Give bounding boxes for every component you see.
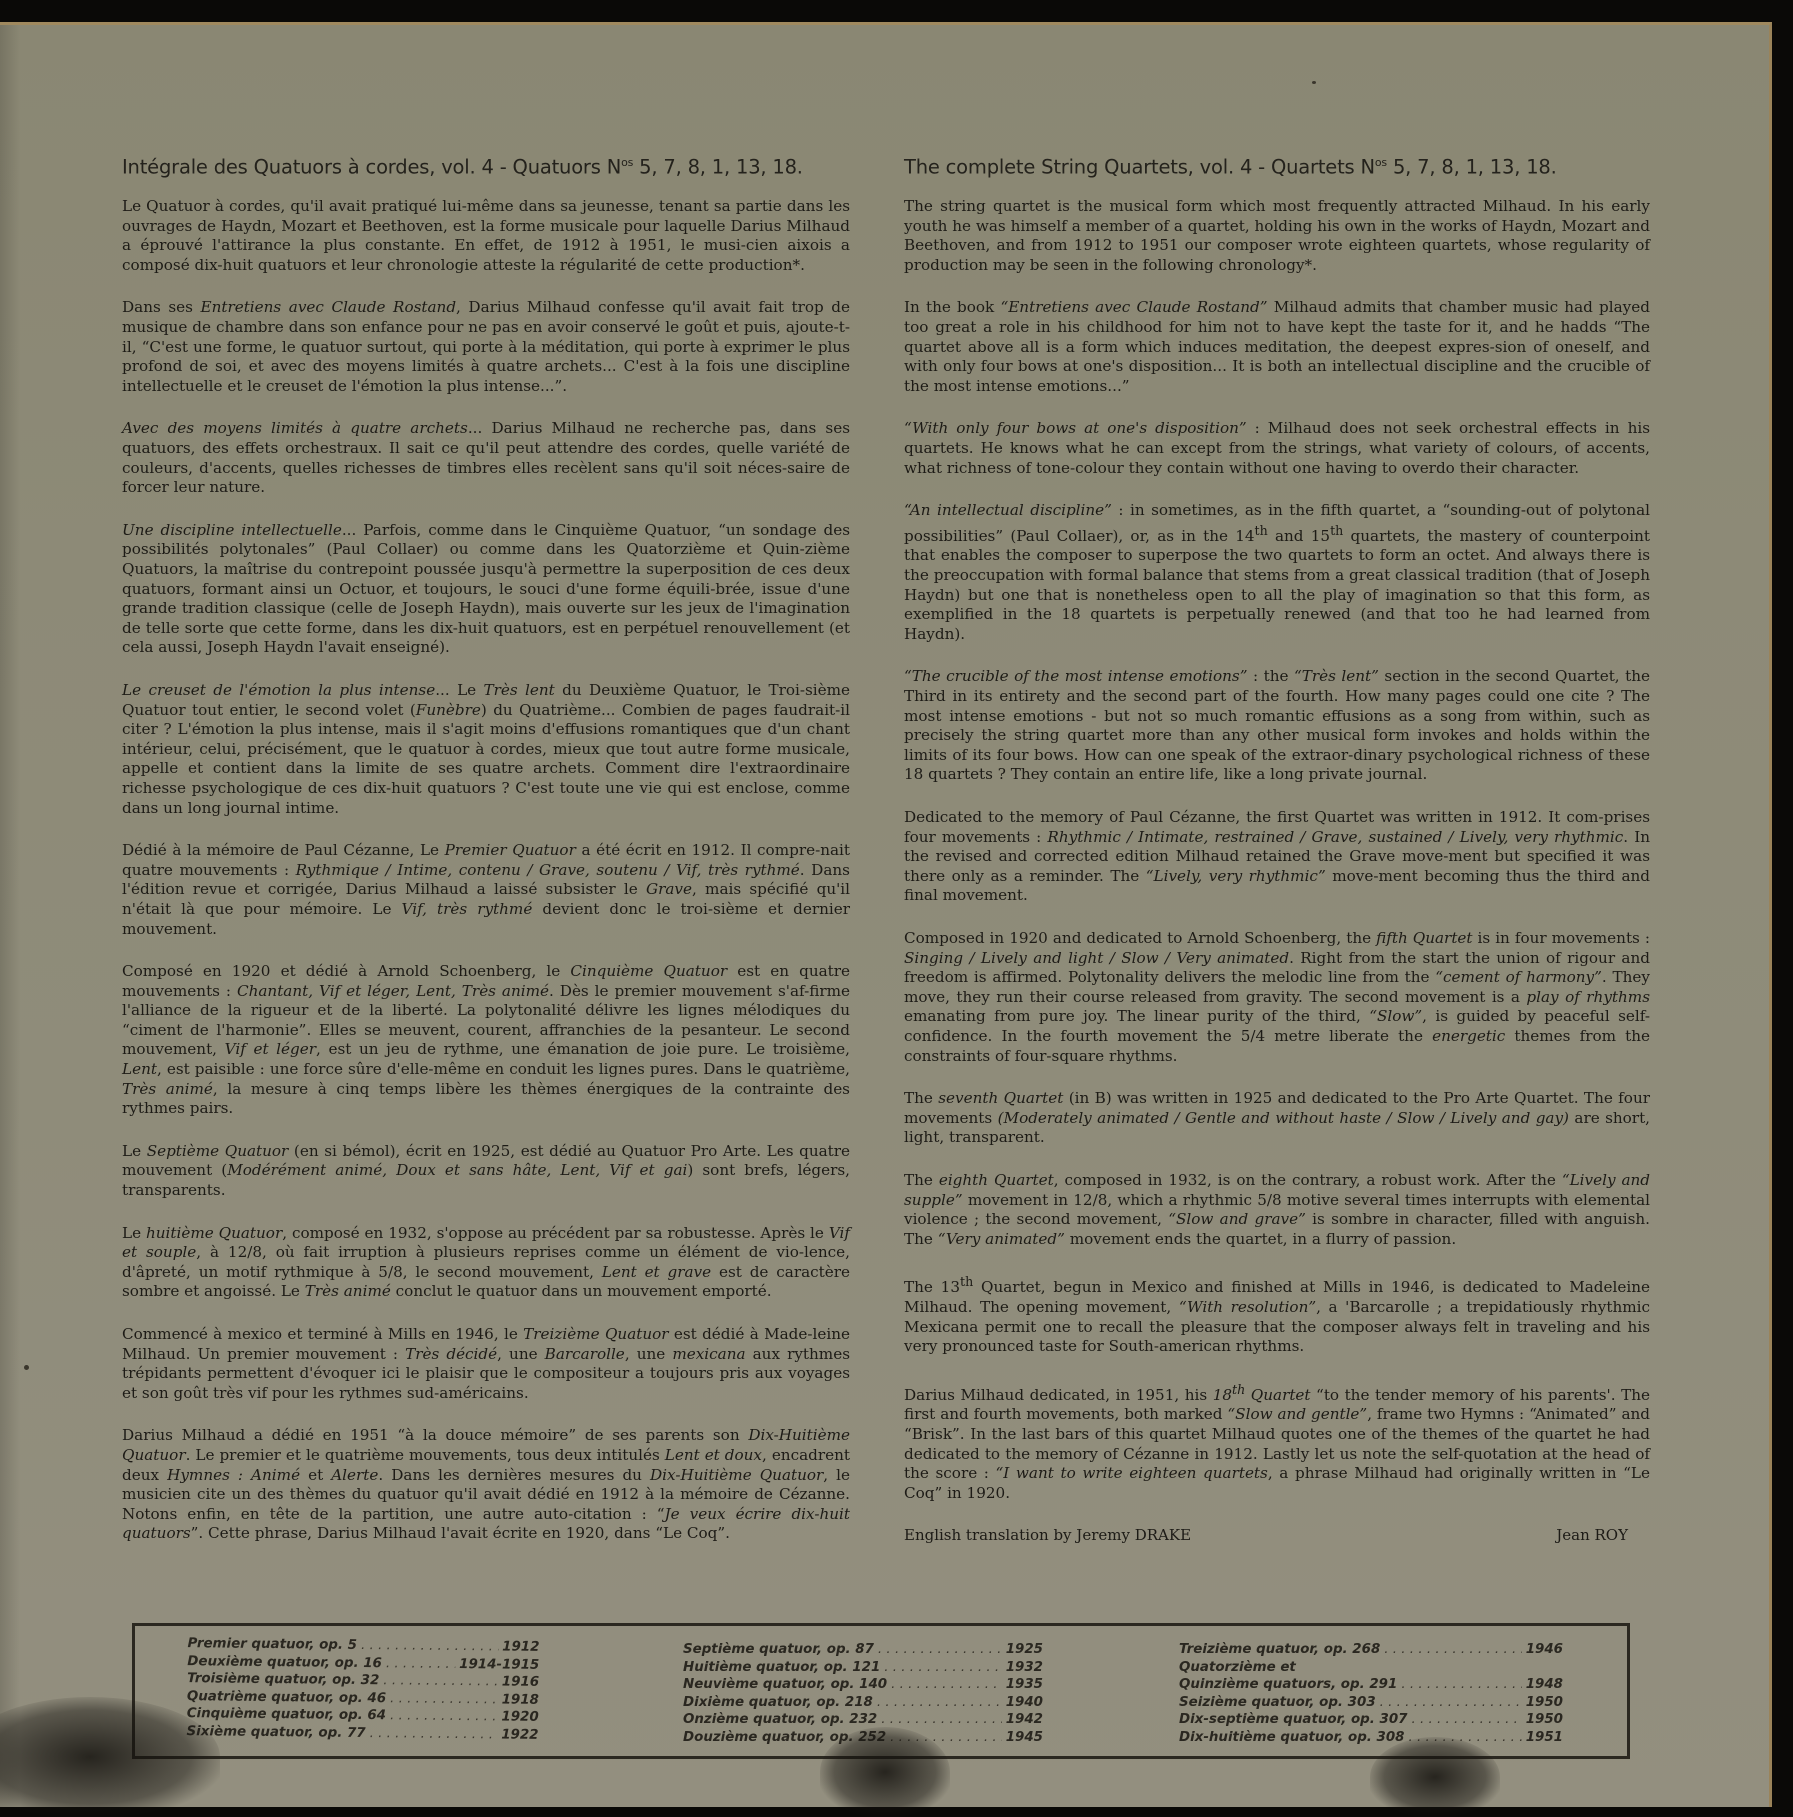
- fr-paragraph: Une discipline intellectuelle... Parfois…: [122, 521, 850, 658]
- chronology-column-3: Treizième quatuor, op. 2681946Quatorzièm…: [1179, 1642, 1563, 1748]
- english-heading: The complete String Quartets, vol. 4 - Q…: [904, 153, 1650, 177]
- chronology-row: Neuvième quatuor, op. 1401935: [683, 1677, 1043, 1695]
- finger-shadow: [1370, 1737, 1500, 1817]
- quartet-year: 1950: [1526, 1712, 1563, 1727]
- chronology-row: Dixième quatuor, op. 2181940: [683, 1695, 1043, 1713]
- quartet-title: Quinzième quatuors, op. 291: [1179, 1677, 1397, 1692]
- quartet-year: 1918: [502, 1692, 539, 1707]
- quartet-year: 1920: [501, 1710, 538, 1725]
- english-heading-numbers: 5, 7, 8, 1, 13, 18.: [1387, 156, 1557, 179]
- fr-paragraph: Dédié à la mémoire de Paul Cézanne, Le P…: [122, 841, 850, 939]
- quartet-title: Dixième quatuor, op. 218: [683, 1695, 873, 1710]
- fr-paragraph: Le creuset de l'émotion la plus intense.…: [122, 681, 850, 818]
- dust-speck: [1312, 81, 1316, 84]
- quartet-title: Seizième quatuor, op. 303: [1179, 1695, 1376, 1710]
- chronology-row: Dix-huitième quatuor, op. 3081951: [1179, 1730, 1563, 1748]
- en-paragraph: Dedicated to the memory of Paul Cézanne,…: [904, 808, 1650, 906]
- english-heading-text: The complete String Quartets, vol. 4 - Q…: [904, 156, 1375, 179]
- en-paragraph: “The crucible of the most intense emotio…: [904, 667, 1650, 785]
- dot-leader: [877, 1695, 1002, 1710]
- quartet-year: 1932: [1006, 1660, 1043, 1675]
- dot-leader: [390, 1691, 498, 1707]
- en-paragraph: The 13th Quartet, begun in Mexico and fi…: [904, 1272, 1650, 1356]
- dot-leader: [891, 1677, 1002, 1692]
- english-heading-sup: os: [1375, 156, 1387, 169]
- dust-speck: [24, 1365, 29, 1370]
- french-paragraphs: Le Quatuor à cordes, qu'il avait pratiqu…: [122, 197, 850, 1544]
- quartet-title: Dix-septième quatuor, op. 307: [1179, 1712, 1407, 1727]
- en-paragraph: “An intellectual discipline” : in someti…: [904, 501, 1650, 644]
- quartet-year: 1948: [1526, 1677, 1563, 1692]
- quartet-title: Cinquième quatuor, op. 64: [187, 1707, 386, 1724]
- author-credit: Jean ROY: [1556, 1526, 1628, 1546]
- english-column: The complete String Quartets, vol. 4 - Q…: [904, 153, 1650, 1546]
- french-column: Intégrale des Quatuors à cordes, vol. 4 …: [122, 153, 850, 1567]
- quartet-title: Treizième quatuor, op. 268: [1179, 1642, 1380, 1657]
- finger-shadow: [820, 1727, 950, 1817]
- en-paragraph: The string quartet is the musical form w…: [904, 197, 1650, 275]
- quartet-year: 1951: [1526, 1730, 1563, 1745]
- chronology-row: Quatorzième et: [1179, 1660, 1563, 1678]
- dot-leader: [383, 1673, 498, 1689]
- fr-paragraph: Darius Milhaud a dédié en 1951 “à la dou…: [122, 1426, 850, 1544]
- chronology-row: Sixième quatuor, op. 771922: [186, 1724, 538, 1745]
- chronology-row: Onzième quatuor, op. 2321942: [683, 1712, 1043, 1730]
- dot-leader: [1380, 1695, 1522, 1710]
- en-paragraph: “With only four bows at one's dispositio…: [904, 419, 1650, 478]
- chronology-row: Quinzième quatuors, op. 2911948: [1179, 1677, 1563, 1695]
- translator-credit: English translation by Jeremy DRAKE: [904, 1526, 1191, 1546]
- dot-leader: [386, 1656, 455, 1672]
- dot-leader: [878, 1642, 1002, 1657]
- quartet-title: Troisième quatuor, op. 32: [187, 1671, 379, 1688]
- quartet-title: Septième quatuor, op. 87: [683, 1642, 874, 1657]
- quartet-title: Quatrième quatuor, op. 46: [187, 1689, 386, 1706]
- quartet-title: Onzième quatuor, op. 232: [683, 1712, 877, 1727]
- french-heading-text: Intégrale des Quatuors à cordes, vol. 4 …: [122, 156, 621, 179]
- quartet-year: 1925: [1006, 1642, 1043, 1657]
- quartet-year: 1945: [1006, 1730, 1043, 1745]
- fr-paragraph: Commencé à mexico et terminé à Mills en …: [122, 1325, 850, 1403]
- quartet-year: 1950: [1526, 1695, 1563, 1710]
- dot-leader: [881, 1712, 1001, 1727]
- quartet-title: Premier quatuor, op. 5: [187, 1636, 357, 1653]
- dot-leader: [1411, 1712, 1521, 1727]
- en-paragraph: The eighth Quartet, composed in 1932, is…: [904, 1171, 1650, 1249]
- quartet-title: Deuxième quatuor, op. 16: [187, 1654, 382, 1671]
- quartet-title: Dix-huitième quatuor, op. 308: [1179, 1730, 1404, 1745]
- dot-leader: [1401, 1677, 1521, 1692]
- fr-paragraph: Le huitième Quatuor, composé en 1932, s'…: [122, 1224, 850, 1302]
- quartet-year: 1912: [502, 1639, 539, 1654]
- dot-leader: [884, 1660, 1001, 1675]
- fr-paragraph: Le Quatuor à cordes, qu'il avait pratiqu…: [122, 197, 850, 275]
- dot-leader: [1384, 1642, 1521, 1657]
- chronology-row: Seizième quatuor, op. 3031950: [1179, 1695, 1563, 1713]
- fr-paragraph: Dans ses Entretiens avec Claude Rostand,…: [122, 298, 850, 396]
- record-sleeve-back: Intégrale des Quatuors à cordes, vol. 4 …: [0, 22, 1772, 1807]
- quartet-year: 1942: [1006, 1712, 1043, 1727]
- chronology-row: Septième quatuor, op. 871925: [683, 1642, 1043, 1660]
- credits: English translation by Jeremy DRAKE Jean…: [904, 1526, 1650, 1546]
- french-heading-sup: os: [621, 156, 633, 169]
- quartet-title: Neuvième quatuor, op. 140: [683, 1677, 887, 1692]
- french-heading-numbers: 5, 7, 8, 1, 13, 18.: [633, 156, 803, 179]
- en-paragraph: Composed in 1920 and dedicated to Arnold…: [904, 929, 1650, 1066]
- chronology-row: Dix-septième quatuor, op. 3071950: [1179, 1712, 1563, 1730]
- fr-paragraph: Composé en 1920 et dédié à Arnold Schoen…: [122, 962, 850, 1119]
- en-paragraph: Darius Milhaud dedicated, in 1951, his 1…: [904, 1380, 1650, 1504]
- chronology-column-1: Premier quatuor, op. 51912Deuxième quatu…: [186, 1636, 539, 1745]
- quartet-year: 1946: [1526, 1642, 1563, 1657]
- chronology-row: Treizième quatuor, op. 2681946: [1179, 1642, 1563, 1660]
- quartet-year: 1935: [1006, 1677, 1043, 1692]
- french-heading: Intégrale des Quatuors à cordes, vol. 4 …: [122, 153, 850, 177]
- english-paragraphs: The string quartet is the musical form w…: [904, 197, 1650, 1503]
- quartet-title: Huitième quatuor, op. 121: [683, 1660, 880, 1675]
- fr-paragraph: Le Septième Quatuor (en si bémol), écrit…: [122, 1142, 850, 1201]
- en-paragraph: The seventh Quartet (in B) was written i…: [904, 1089, 1650, 1148]
- quartet-year: 1914-1915: [459, 1657, 539, 1673]
- dot-leader: [361, 1638, 498, 1654]
- fr-paragraph: Avec des moyens limités à quatre archets…: [122, 419, 850, 497]
- quartet-title: Quatorzième et: [1179, 1660, 1296, 1675]
- quartet-year: 1922: [501, 1727, 538, 1742]
- dot-leader: [390, 1709, 498, 1725]
- dot-leader: [370, 1726, 498, 1742]
- quartet-year: 1940: [1006, 1695, 1043, 1710]
- chronology-row: Huitième quatuor, op. 1211932: [683, 1660, 1043, 1678]
- quartet-year: 1916: [502, 1675, 539, 1690]
- en-paragraph: In the book “Entretiens avec Claude Rost…: [904, 298, 1650, 396]
